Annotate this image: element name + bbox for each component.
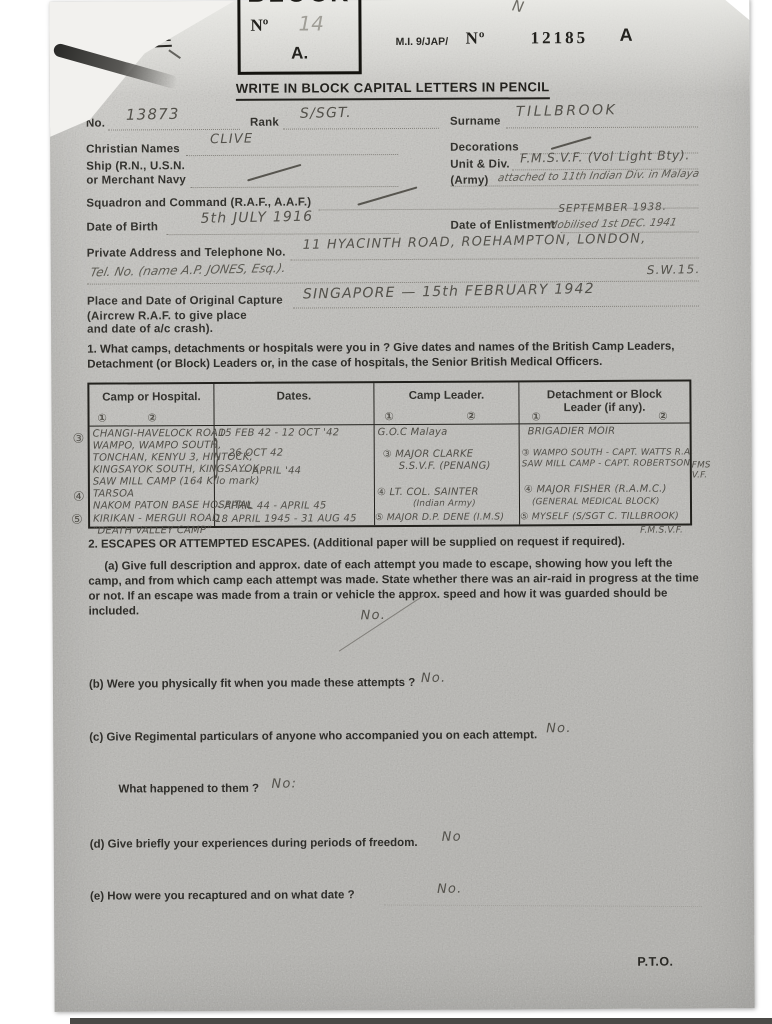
field-christian-names-label: Christian Names (86, 143, 180, 155)
row-marker-4: ④ (73, 490, 85, 505)
stamp-no-label: Nº (250, 16, 268, 36)
dotted-line (293, 304, 699, 308)
pencil-circle-1: ① (98, 412, 107, 425)
table-cell-block-leaders: BRIGADIER MOIR ③ WAMPO SOUTH - CAPT. WAT… (520, 423, 691, 524)
field-decorations-dash (551, 136, 592, 150)
field-address-value-line3: S.W.15. (647, 262, 701, 277)
table-cell-leaders: G.O.C Malaya ③ MAJOR CLARKE S.S.V.F. (PE… (375, 424, 521, 525)
grouping-brace: } (213, 434, 222, 485)
field-surname-label: Surname (450, 115, 501, 127)
page-turn-over-label: P.T.O. (637, 955, 673, 969)
answer-2b: No. (421, 671, 447, 686)
dotted-line (186, 153, 398, 156)
table-header-dates: Dates. (214, 383, 374, 426)
block-number-stamp: BLOCK Nº 14 A. (237, 0, 362, 75)
question-2c2-text: What happened to them ? (118, 782, 259, 798)
question-2b-text: (b) Were you physically fit when you mad… (89, 675, 649, 693)
answer-2c: No. (546, 721, 572, 736)
question-2-heading: 2. ESCAPES OR ATTEMPTED ESCAPES. (Additi… (88, 534, 718, 552)
pencil-circle-1: ① (532, 410, 541, 423)
field-ship-label-line2: or Merchant Navy (86, 174, 186, 187)
field-capture-note-line1: (Aircrew R.A.F. to give place (87, 310, 247, 323)
serial-no-label: Nº (466, 29, 486, 49)
question-1-text: 1. What camps, detachments or hospitals … (87, 339, 703, 372)
field-unit-label-line2: (Army) (450, 175, 488, 187)
answer-2e: No. (437, 882, 463, 897)
field-squadron-dash (357, 186, 417, 205)
form-instruction-title: WRITE IN BLOCK CAPITAL LETTERS IN PENCIL (236, 79, 550, 101)
dotted-line (506, 125, 698, 128)
dotted-line (167, 232, 399, 235)
table-cell-dates: 15 FEB 42 - 12 OCT '42 } 26 OCT 42 — APR… (215, 425, 376, 526)
field-dob-label: Date of Birth (87, 221, 159, 233)
field-rank-label: Rank (250, 117, 279, 129)
camps-table: Camp or Hospital. ① ② Dates. Camp Leader… (87, 379, 692, 528)
mi9-reference: M.I. 9/JAP/ (396, 36, 449, 48)
pencil-circle-2: ② (658, 410, 667, 423)
margin-note-fmsvf: FMS V.F. (692, 460, 722, 480)
field-no-value: 13873 (126, 105, 180, 124)
question-2d-text: (d) Give briefly your experiences during… (90, 835, 650, 853)
field-enlistment-label: Date of Enlistment (451, 219, 556, 232)
row-marker-5: ⑤ (71, 513, 83, 528)
field-capture-value: SINGAPORE — 15th FEBRUARY 1942 (303, 281, 595, 303)
field-dob-value: 5th JULY 1916 (200, 209, 313, 227)
row-marker-3: ③ (73, 432, 85, 447)
field-address-value-line2: Tel. No. (name A.P. JONES, Esq.). (89, 261, 287, 279)
pencil-circle-2: ② (467, 410, 476, 423)
serial-no-value: 12185 (531, 28, 589, 48)
answer-2c2: No: (271, 776, 297, 791)
answer-2d: No (442, 830, 462, 845)
field-rank-value: S/SGT. (300, 105, 352, 122)
scanned-form-page: NFIDENTIAL BLOCK Nº 14 A. N M.I. 9/JAP/ … (49, 0, 754, 1012)
dotted-line (291, 256, 699, 260)
field-enlistment-value-line2: Mobilised 1st DEC. 1941 (547, 216, 678, 231)
dotted-line (108, 128, 240, 131)
table-header-camp: Camp or Hospital. ① ② (89, 384, 214, 427)
field-unit-value-line1: F.M.S.V.F. (Vol Light Bty). (520, 147, 690, 165)
table-cell-camps: CHANGI-HAVELOCK ROAD WAMPO, WAMPO SOUTH,… (90, 426, 216, 527)
dotted-line (283, 127, 439, 130)
question-2e-text: (e) How were you recaptured and on what … (90, 887, 650, 905)
field-squadron-label: Squadron and Command (R.A.F., A.A.F.) (86, 196, 311, 209)
field-address-value-line1: 11 HYACINTH ROAD, ROEHAMPTON, LONDON, (303, 231, 647, 253)
field-address-label: Private Address and Telephone No. (87, 247, 286, 260)
pencil-circle-1: ① (385, 410, 394, 423)
stamp-block-word: BLOCK (240, 0, 358, 9)
field-enlistment-value-line1: SEPTEMBER 1938. (558, 201, 666, 215)
field-surname-value: TILLBROOK (516, 102, 618, 120)
pencil-circle-2: ② (148, 411, 157, 424)
table-header-leader: Camp Leader. ① ② (374, 382, 519, 425)
pencil-n-mark: N (511, 0, 526, 16)
question-2a-text: (a) Give full description and approx. da… (88, 556, 706, 619)
field-capture-label: Place and Date of Original Capture (87, 295, 283, 308)
faint-pencil-scribble (384, 904, 702, 907)
camp-death-valley: “DEATH VALLEY CAMP” (92, 525, 211, 537)
field-ship-label-line1: Ship (R.N., U.S.N. (86, 160, 185, 173)
stamp-no-value: 14 (298, 11, 324, 35)
form-content: NFIDENTIAL BLOCK Nº 14 A. N M.I. 9/JAP/ … (49, 0, 754, 1012)
dotted-line (190, 185, 398, 188)
scan-bottom-edge (70, 1018, 772, 1024)
field-unit-label-line1: Unit & Div. (450, 158, 510, 170)
field-capture-note-line2: and date of a/c crash). (87, 323, 213, 336)
field-decorations-label: Decorations (450, 141, 519, 153)
stamp-a-label: A. (241, 43, 359, 64)
table-header-block-leader: Detachment or Block Leader (if any). ① ② (519, 381, 689, 424)
field-christian-names-value: CLIVE (210, 131, 254, 147)
margin-note-fmsvf-2: F.M.S.V.F. (640, 526, 683, 536)
field-ship-dash (247, 164, 301, 182)
series-letter: A (619, 25, 633, 46)
